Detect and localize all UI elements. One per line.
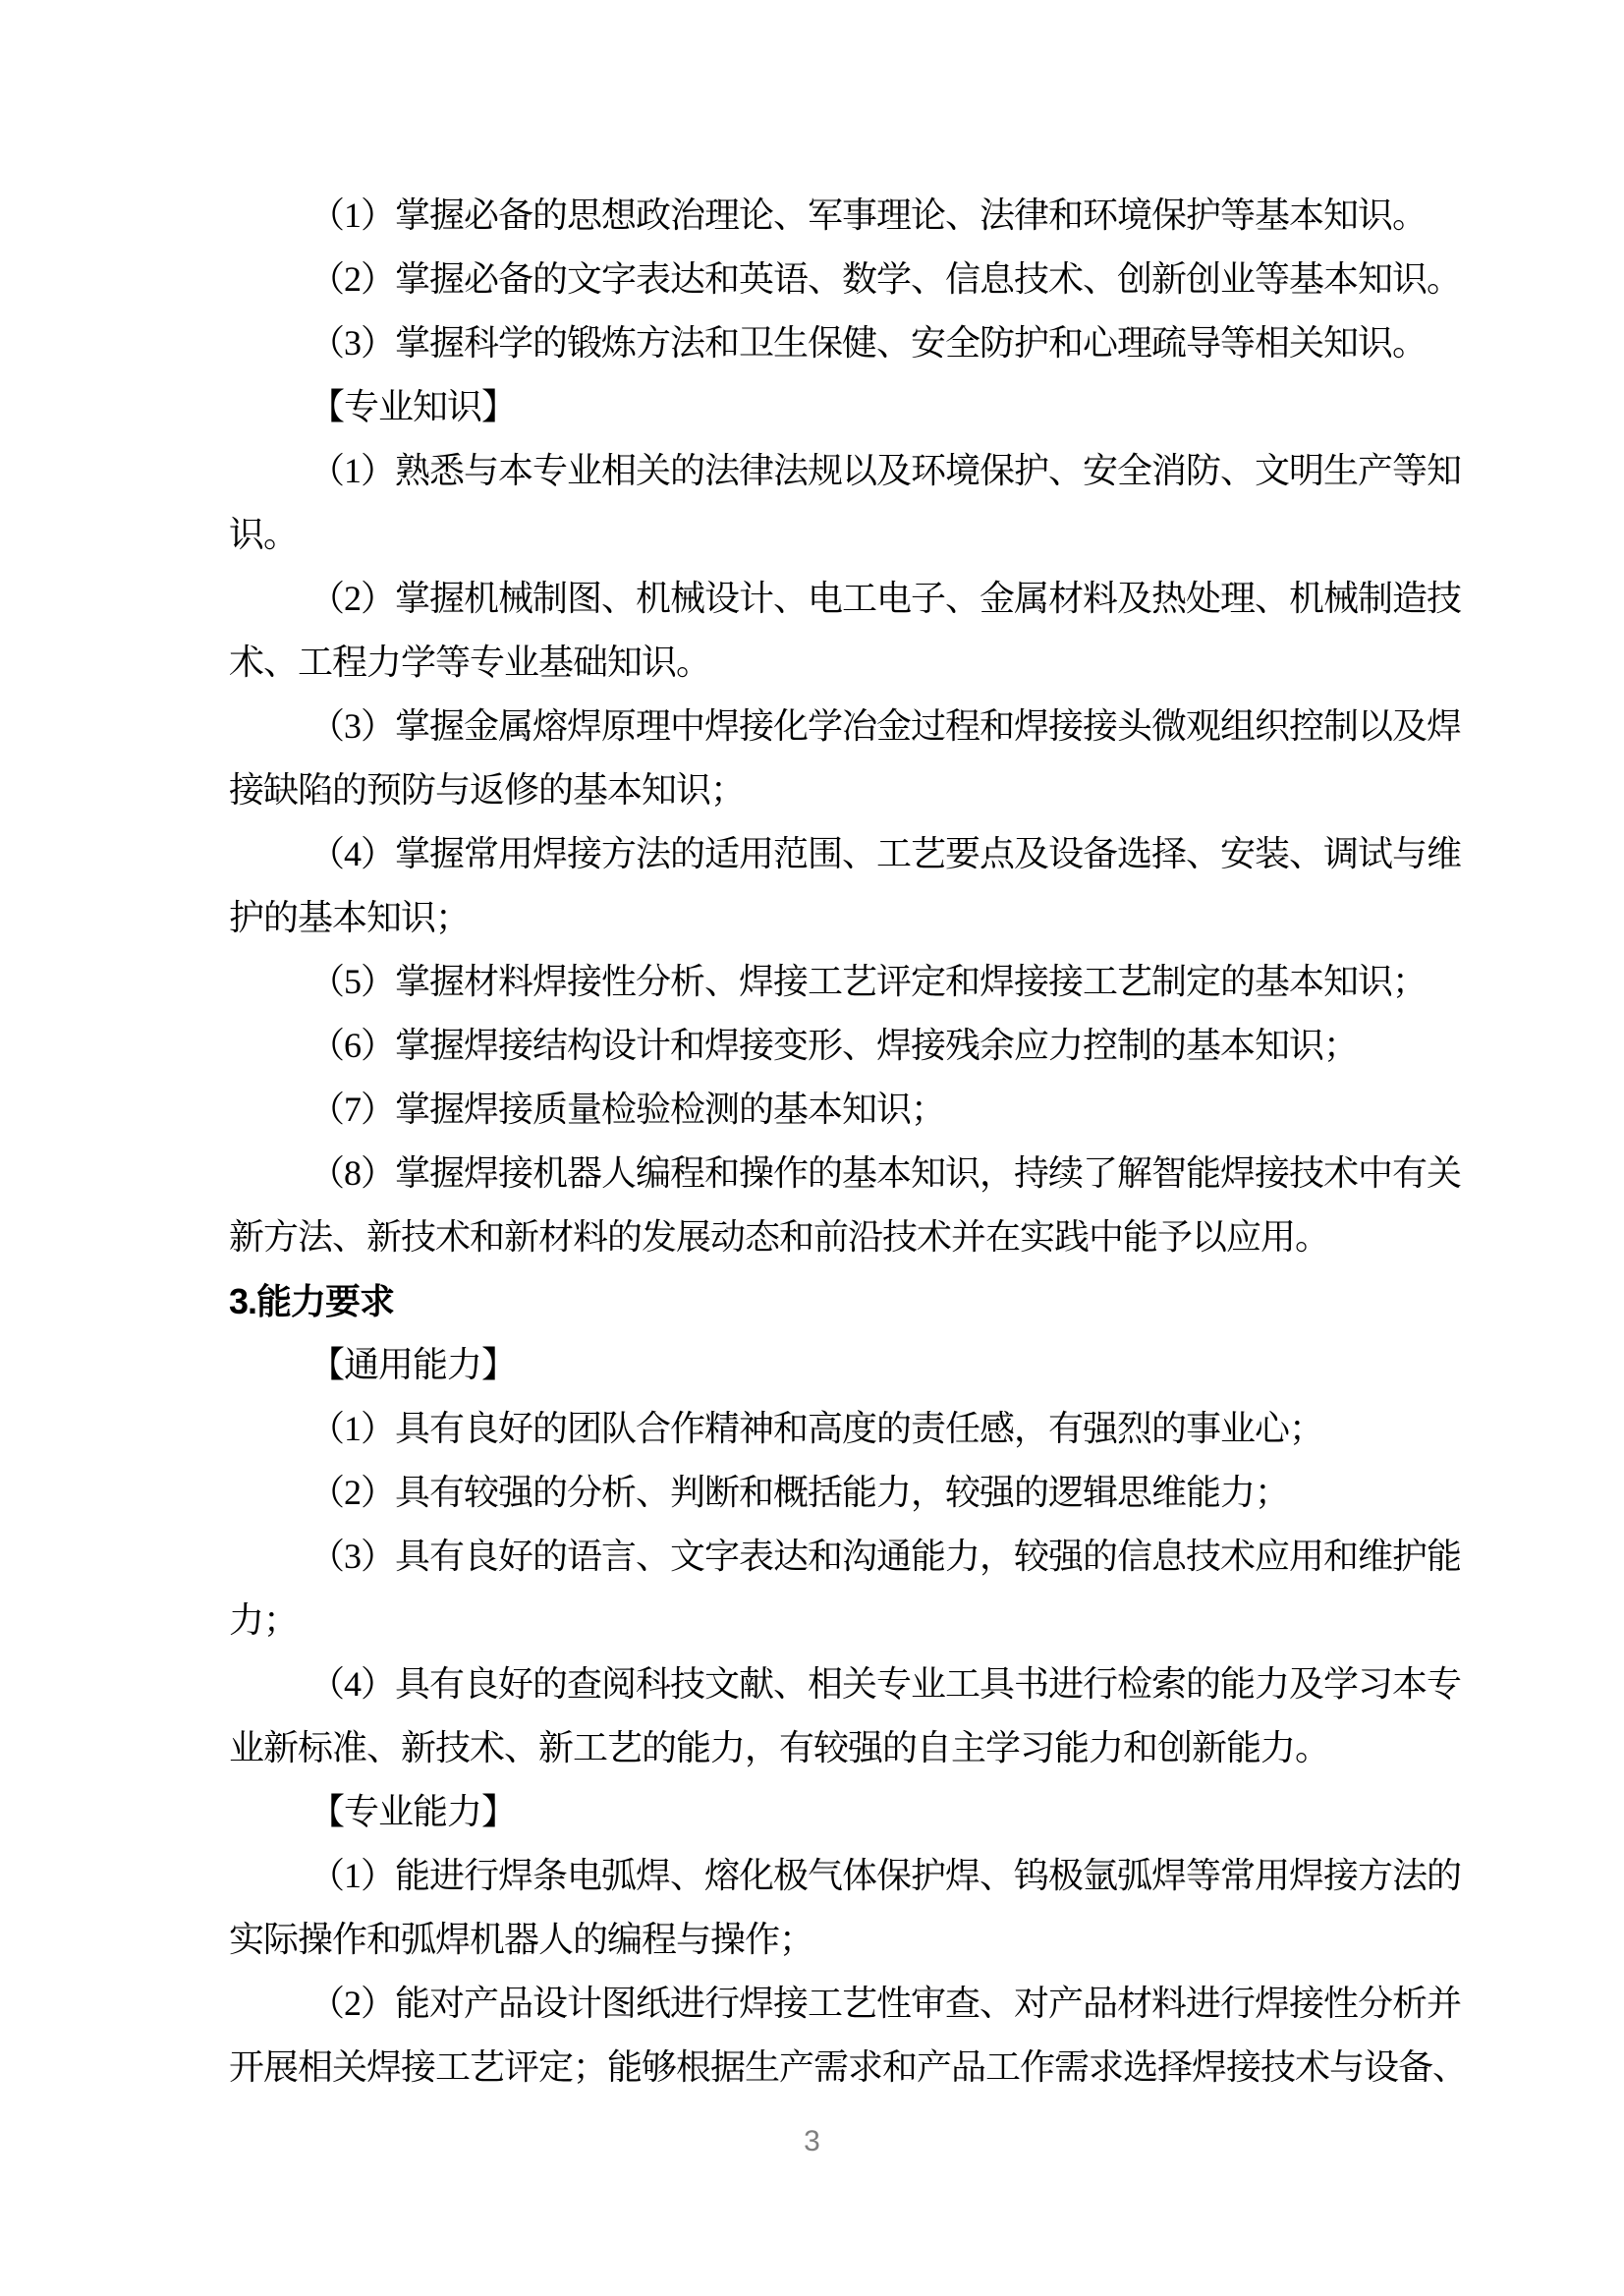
text-line: （1）能进行焊条电弧焊、熔化极气体保护焊、钨极氩弧焊等常用焊接方法的 (229, 1844, 1398, 1908)
text-line: （3）掌握科学的锻炼方法和卫生保健、安全防护和心理疏导等相关知识。 (229, 311, 1398, 375)
text-line: 新方法、新技术和新材料的发展动态和前沿技术并在实践中能予以应用。 (229, 1205, 1398, 1269)
text-line: 接缺陷的预防与返修的基本知识； (229, 758, 1398, 822)
document-page: （1）掌握必备的思想政治理论、军事理论、法律和环境保护等基本知识。（2）掌握必备… (0, 0, 1624, 2296)
text-line: （1）具有良好的团队合作精神和高度的责任感，有强烈的事业心； (229, 1397, 1398, 1461)
text-line: 业新标准、新技术、新工艺的能力，有较强的自主学习能力和创新能力。 (229, 1716, 1398, 1780)
text-line: 护的基本知识； (229, 886, 1398, 950)
text-line: （7）掌握焊接质量检验检测的基本知识； (229, 1078, 1398, 1142)
text-line: 识。 (229, 503, 1398, 567)
text-line: 【专业知识】 (229, 375, 1398, 439)
text-line: 开展相关焊接工艺评定；能够根据生产需求和产品工作需求选择焊接技术与设备、 (229, 2036, 1398, 2100)
text-line: 术、工程力学等专业基础知识。 (229, 631, 1398, 695)
text-line: （1）熟悉与本专业相关的法律法规以及环境保护、安全消防、文明生产等知 (229, 439, 1398, 503)
text-line: （3）具有良好的语言、文字表达和沟通能力，较强的信息技术应用和维护能 (229, 1525, 1398, 1589)
text-line: 实际操作和弧焊机器人的编程与操作； (229, 1908, 1398, 1972)
text-line: （1）掌握必备的思想政治理论、军事理论、法律和环境保护等基本知识。 (229, 184, 1398, 248)
document-text-block: （1）掌握必备的思想政治理论、军事理论、法律和环境保护等基本知识。（2）掌握必备… (229, 184, 1398, 2100)
text-line: （2）能对产品设计图纸进行焊接工艺性审查、对产品材料进行焊接性分析并 (229, 1972, 1398, 2036)
text-line: （8）掌握焊接机器人编程和操作的基本知识，持续了解智能焊接技术中有关 (229, 1142, 1398, 1205)
text-line: （3）掌握金属熔焊原理中焊接化学冶金过程和焊接接头微观组织控制以及焊 (229, 695, 1398, 758)
text-line: （5）掌握材料焊接性分析、焊接工艺评定和焊接接工艺制定的基本知识； (229, 950, 1398, 1014)
text-line: （4）掌握常用焊接方法的适用范围、工艺要点及设备选择、安装、调试与维 (229, 822, 1398, 886)
text-line: （6）掌握焊接结构设计和焊接变形、焊接残余应力控制的基本知识； (229, 1014, 1398, 1078)
text-line: 力； (229, 1589, 1398, 1652)
text-line: （2）具有较强的分析、判断和概括能力，较强的逻辑思维能力； (229, 1461, 1398, 1525)
text-line: 【专业能力】 (229, 1780, 1398, 1844)
text-line: （2）掌握机械制图、机械设计、电工电子、金属材料及热处理、机械制造技 (229, 567, 1398, 631)
text-line: （4）具有良好的查阅科技文献、相关专业工具书进行检索的能力及学习本专 (229, 1652, 1398, 1716)
text-line: 【通用能力】 (229, 1333, 1398, 1397)
section-heading: 3.能力要求 (229, 1269, 1398, 1333)
text-line: （2）掌握必备的文字表达和英语、数学、信息技术、创新创业等基本知识。 (229, 248, 1398, 311)
page-number: 3 (0, 2122, 1624, 2161)
